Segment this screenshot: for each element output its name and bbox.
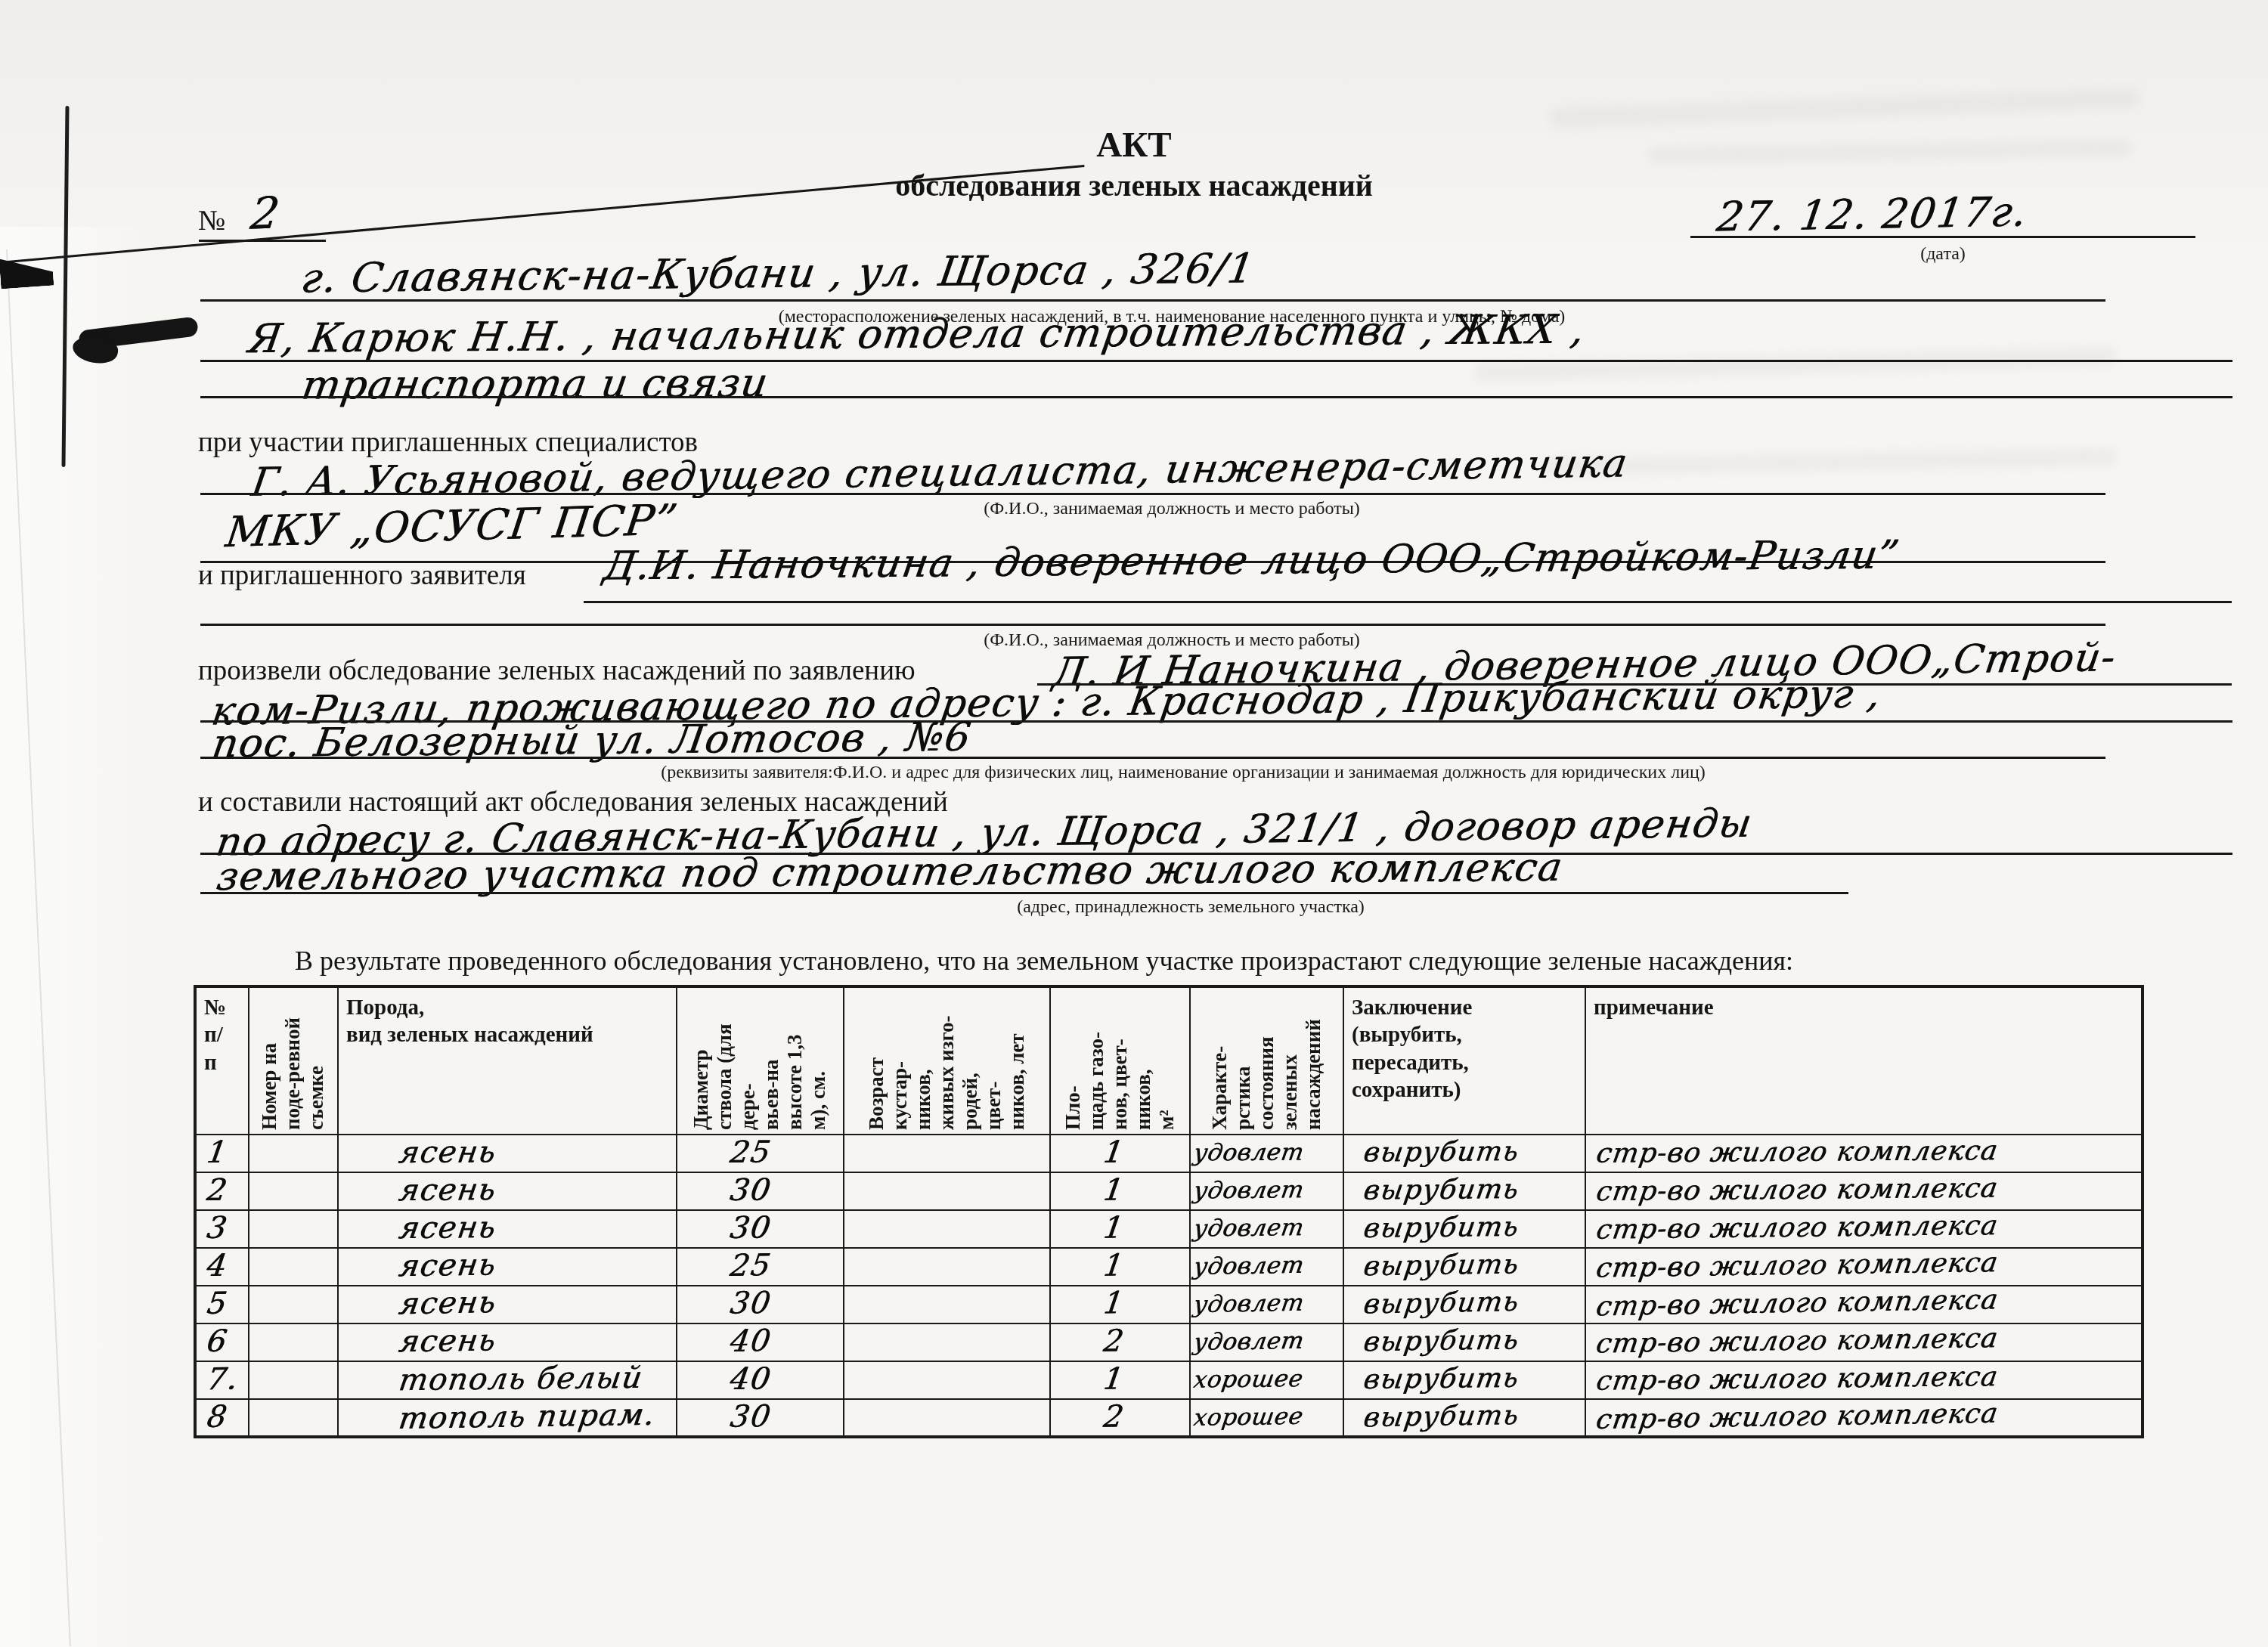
table-cell: вырубить xyxy=(1343,1248,1585,1286)
table-cell-value: 6 xyxy=(194,1324,231,1360)
table-cell: тополь белый xyxy=(338,1361,677,1399)
header-label: Заключение (вырубить, пересадить, сохран… xyxy=(1344,988,1585,1104)
table-cell-value: 1 xyxy=(1049,1248,1127,1283)
table-cell-value: 40 xyxy=(674,1361,773,1397)
table-cell xyxy=(249,1399,338,1437)
table-cell: удовлет xyxy=(1190,1248,1343,1286)
header-cell-note: примечание xyxy=(1585,986,2143,1135)
table-cell: 5 xyxy=(195,1286,249,1323)
table-cell-value: ясень xyxy=(336,1248,498,1285)
table-cell-value: удовлет xyxy=(1188,1135,1306,1170)
act-number-value: 2 xyxy=(248,187,283,239)
table-cell-value: 1 xyxy=(1048,1135,1126,1171)
applicant-underline xyxy=(584,601,2232,603)
inspector-line-2: транспорта и связи xyxy=(299,360,772,408)
header-label: № п/ п xyxy=(197,988,248,1076)
header-cell-number: № п/ п xyxy=(195,986,249,1135)
table-cell: 40 xyxy=(677,1361,844,1399)
table-cell: 30 xyxy=(677,1286,844,1323)
header-cell-condition: Характе- рстика состояния зеленых насажд… xyxy=(1190,986,1343,1135)
header-label: Номер на поде-ревной съемке xyxy=(258,995,328,1130)
requisites-caption: (реквизиты заявителя:Ф.И.О. и адрес для … xyxy=(484,763,1882,783)
table-cell: 40 xyxy=(677,1323,844,1361)
table-cell xyxy=(249,1286,338,1323)
table-cell-value: вырубить xyxy=(1341,1285,1521,1323)
table-cell: тополь пирам. xyxy=(338,1399,677,1437)
table-cell: 30 xyxy=(677,1399,844,1437)
specialist-underline xyxy=(200,493,2105,495)
fio-caption-1: (Ф.И.О., занимаемая должность и место ра… xyxy=(597,499,1746,519)
table-cell-value: 2 xyxy=(194,1173,231,1208)
table-cell: стр-во жилого комплекса xyxy=(1585,1399,2143,1437)
table-cell xyxy=(844,1323,1050,1361)
table-cell-value: вырубить xyxy=(1341,1210,1521,1246)
act-number-label: № xyxy=(198,204,225,237)
header-cell-conclusion: Заключение (вырубить, пересадить, сохран… xyxy=(1343,986,1585,1135)
table-cell: ясень xyxy=(338,1172,677,1210)
table-cell-value: 30 xyxy=(674,1210,773,1246)
header-cell-diameter: Диаметр ствола (для дере- вьев-на высоте… xyxy=(677,986,844,1135)
table-cell: 1 xyxy=(1050,1361,1190,1399)
table-cell-value: вырубить xyxy=(1341,1361,1521,1398)
applicant-value: Д.И. Наночкина , доверенное лицо ООО„Стр… xyxy=(600,533,1902,590)
table-cell xyxy=(249,1172,338,1210)
table-cell: стр-во жилого комплекса xyxy=(1585,1248,2143,1286)
table-cell-value: вырубить xyxy=(1341,1247,1521,1284)
table-cell xyxy=(249,1248,338,1286)
table-cell: 1 xyxy=(1050,1210,1190,1248)
table-cell: стр-во жилого комплекса xyxy=(1585,1210,2143,1248)
table-cell xyxy=(844,1172,1050,1210)
tree-table-body: 1ясень251удовлетвырубитьстр-во жилого ко… xyxy=(195,1135,2143,1437)
table-cell: 7. xyxy=(195,1361,249,1399)
table-cell-value: ясень xyxy=(336,1172,498,1209)
header-cell-area: Пло- щадь газо- нов, цвет- ников, м² xyxy=(1050,986,1190,1135)
location-underline xyxy=(200,299,2105,302)
table-cell: 1 xyxy=(1050,1286,1190,1323)
table-cell xyxy=(249,1135,338,1172)
header-cell-survey-number: Номер на поде-ревной съемке xyxy=(249,986,338,1135)
table-cell: стр-во жилого комплекса xyxy=(1585,1135,2143,1172)
scan-left-margin xyxy=(0,227,144,1647)
table-cell-value: стр-во жилого комплекса xyxy=(1583,1283,2000,1324)
table-cell xyxy=(844,1361,1050,1399)
header-cell-species: Порода, вид зеленых насаждений xyxy=(338,986,677,1135)
date-value: 27. 12. 2017г. xyxy=(1714,187,2031,240)
header-label: Порода, вид зеленых насаждений xyxy=(339,988,676,1049)
table-cell xyxy=(249,1323,338,1361)
table-cell-value: стр-во жилого комплекса xyxy=(1583,1172,2000,1210)
table-cell: стр-во жилого комплекса xyxy=(1585,1361,2143,1399)
header-label: Пло- щадь газо- нов, цвет- ников, м² xyxy=(1061,995,1179,1130)
table-cell-value: стр-во жилого комплекса xyxy=(1583,1209,2000,1248)
table-cell-value: 2 xyxy=(1049,1323,1127,1359)
table-cell-value: 25 xyxy=(674,1135,773,1171)
table-cell xyxy=(844,1248,1050,1286)
table-cell-value: 1 xyxy=(194,1135,230,1170)
table-cell: ясень xyxy=(338,1323,677,1361)
table-cell-value: стр-во жилого комплекса xyxy=(1583,1134,2000,1172)
header-label: примечание xyxy=(1586,988,2141,1021)
table-cell-value: ясень xyxy=(336,1210,498,1246)
table-cell xyxy=(249,1210,338,1248)
table-cell: 8 xyxy=(195,1399,249,1437)
table-cell: 2 xyxy=(1050,1323,1190,1361)
table-cell: стр-во жилого комплекса xyxy=(1585,1172,2143,1210)
table-cell: ясень xyxy=(338,1210,677,1248)
table-cell: вырубить xyxy=(1343,1323,1585,1361)
table-cell: стр-во жилого комплекса xyxy=(1585,1323,2143,1361)
table-cell: 25 xyxy=(677,1135,844,1172)
table-cell: 2 xyxy=(195,1172,249,1210)
table-row: 1ясень251удовлетвырубитьстр-во жилого ко… xyxy=(195,1135,2143,1172)
header-label: Диаметр ствола (для дере- вьев-на высоте… xyxy=(689,995,830,1130)
table-cell-value: хорошее xyxy=(1188,1399,1306,1435)
applicant-label: и приглашенного заявителя xyxy=(198,559,526,592)
table-cell xyxy=(844,1399,1050,1437)
table-cell: вырубить xyxy=(1343,1135,1585,1172)
table-cell-value: 3 xyxy=(194,1211,231,1246)
table-cell-value: стр-во жилого комплекса xyxy=(1583,1360,2000,1399)
table-cell: удовлет xyxy=(1190,1286,1343,1323)
survey-underline-3 xyxy=(200,757,2105,759)
table-cell: 1 xyxy=(1050,1248,1190,1286)
blank-underline xyxy=(200,624,2105,626)
table-cell: 3 xyxy=(195,1210,249,1248)
table-cell: 1 xyxy=(195,1135,249,1172)
table-cell-value: удовлет xyxy=(1188,1286,1306,1323)
specialist-name-line: Г. А. Усьяновой, ведущего специалиста, и… xyxy=(249,441,1631,505)
table-cell-value: 30 xyxy=(674,1172,773,1208)
act-underline-2 xyxy=(200,892,1848,894)
table-cell-value: вырубить xyxy=(1341,1135,1521,1171)
table-cell-value: хорошее xyxy=(1188,1361,1305,1398)
table-cell: ясень xyxy=(338,1248,677,1286)
table-cell: вырубить xyxy=(1343,1286,1585,1323)
table-cell: удовлет xyxy=(1190,1172,1343,1210)
table-cell-value: ясень xyxy=(336,1285,498,1323)
table-cell: 6 xyxy=(195,1323,249,1361)
table-cell-value: 8 xyxy=(194,1400,231,1435)
table-cell: 4 xyxy=(195,1248,249,1286)
table-cell-value: вырубить xyxy=(1341,1172,1521,1209)
inspector-underline-2 xyxy=(200,396,2232,398)
table-cell: 25 xyxy=(677,1248,844,1286)
table-cell-value: вырубить xyxy=(1341,1398,1521,1436)
date-caption: (дата) xyxy=(1690,244,2195,265)
table-cell-value: 1 xyxy=(1048,1173,1126,1209)
table-cell-value: стр-во жилого комплекса xyxy=(1583,1321,2000,1362)
inspector-line-1: Я, Карюк Н.Н. , начальник отдела строите… xyxy=(245,307,1588,362)
table-cell: 30 xyxy=(677,1172,844,1210)
table-cell: удовлет xyxy=(1190,1135,1343,1172)
address-caption: (адрес, принадлежность земельного участк… xyxy=(756,897,1625,918)
table-cell: хорошее xyxy=(1190,1399,1343,1437)
table-cell-value: 40 xyxy=(675,1323,774,1360)
document-title: АКТ xyxy=(0,125,2268,166)
table-cell-value: 2 xyxy=(1049,1399,1127,1435)
table-cell: хорошее xyxy=(1190,1361,1343,1399)
table-cell: вырубить xyxy=(1343,1361,1585,1399)
table-cell xyxy=(844,1135,1050,1172)
table-cell: вырубить xyxy=(1343,1172,1585,1210)
table-cell: стр-во жилого комплекса xyxy=(1585,1286,2143,1323)
table-cell: удовлет xyxy=(1190,1210,1343,1248)
table-row: 8тополь пирам.302хорошеевырубитьстр-во ж… xyxy=(195,1399,2143,1437)
table-row: 6ясень402удовлетвырубитьстр-во жилого ко… xyxy=(195,1323,2143,1361)
table-cell-value: 5 xyxy=(194,1286,231,1322)
table-cell: 2 xyxy=(1050,1399,1190,1437)
table-cell-value: ясень xyxy=(336,1323,498,1361)
survey-value-line-3: пос. Белозерный ул. Лотосов , №6 xyxy=(209,715,974,767)
table-cell-value: стр-во жилого комплекса xyxy=(1583,1397,2000,1438)
table-cell-value: 30 xyxy=(675,1286,774,1322)
table-cell-value: тополь белый xyxy=(336,1361,645,1398)
table-cell-value: удовлет xyxy=(1188,1172,1306,1208)
table-row: 3ясень301удовлетвырубитьстр-во жилого ко… xyxy=(195,1210,2143,1248)
table-cell: вырубить xyxy=(1343,1399,1585,1437)
table-cell-value: удовлет xyxy=(1188,1210,1306,1246)
location-value: г. Славянск-на-Кубани , ул. Щорса , 326/… xyxy=(298,244,1258,302)
table-cell: ясень xyxy=(338,1286,677,1323)
table-row: 4ясень251удовлетвырубитьстр-во жилого ко… xyxy=(195,1248,2143,1286)
date-underline xyxy=(1690,236,2195,238)
header-label: Возраст кустар- ников, живых изго- родей… xyxy=(865,995,1029,1130)
green-plantings-table: № п/ п Номер на поде-ревной съемке Пород… xyxy=(194,985,2144,1438)
table-cell xyxy=(844,1286,1050,1323)
table-cell: вырубить xyxy=(1343,1210,1585,1248)
table-cell-value: вырубить xyxy=(1341,1323,1521,1360)
act-number-underline xyxy=(199,240,326,242)
table-cell-value: 7. xyxy=(194,1362,241,1398)
table-cell-value: удовлет xyxy=(1188,1248,1306,1284)
table-header-row: № п/ п Номер на поде-ревной съемке Пород… xyxy=(195,986,2143,1135)
table-cell: 1 xyxy=(1050,1135,1190,1172)
table-cell-value: 25 xyxy=(675,1248,774,1284)
table-cell-value: стр-во жилого комплекса xyxy=(1583,1246,2000,1286)
table-cell-value: ясень xyxy=(336,1135,498,1170)
table-cell-value: 1 xyxy=(1049,1286,1127,1322)
table-cell-value: 1 xyxy=(1049,1361,1127,1397)
table-cell-value: тополь пирам. xyxy=(336,1398,658,1438)
table-cell xyxy=(844,1210,1050,1248)
table-row: 5ясень301удовлетвырубитьстр-во жилого ко… xyxy=(195,1286,2143,1323)
header-label: Характе- рстика состояния зеленых насажд… xyxy=(1208,995,1325,1130)
results-intro: В результате проведенного обследования у… xyxy=(295,945,2185,977)
table-cell: 1 xyxy=(1050,1172,1190,1210)
table-row: 2ясень301удовлетвырубитьстр-во жилого ко… xyxy=(195,1172,2143,1210)
table-cell: 30 xyxy=(677,1210,844,1248)
table-cell: ясень xyxy=(338,1135,677,1172)
table-cell-value: 1 xyxy=(1049,1210,1127,1246)
table-cell: удовлет xyxy=(1190,1323,1343,1361)
table-row: 7.тополь белый401хорошеевырубитьстр-во ж… xyxy=(195,1361,2143,1399)
header-cell-age: Возраст кустар- ников, живых изго- родей… xyxy=(844,986,1050,1135)
table-cell-value: 30 xyxy=(675,1399,774,1435)
table-cell-value: 4 xyxy=(194,1249,231,1284)
table-cell-value: удовлет xyxy=(1188,1323,1306,1360)
table-cell xyxy=(249,1361,338,1399)
